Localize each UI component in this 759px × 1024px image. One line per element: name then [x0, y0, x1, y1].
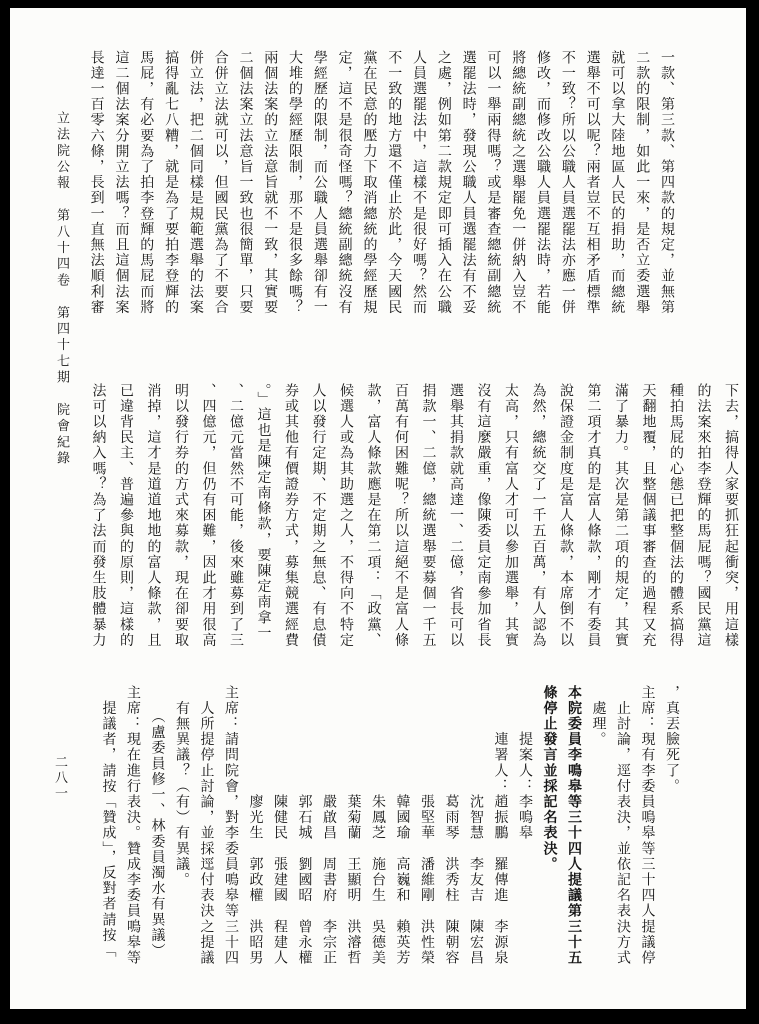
text-column: 併立法，把二個同樣是規範選舉的法案: [183, 50, 208, 336]
text-column: 黨在民意的壓力下取消總統的學經歷規: [357, 50, 382, 336]
text-column: 朱鳳芝 施台生 吳德美: [366, 685, 391, 985]
text-column: 止討論，逕付表決，並依記名表決方式: [611, 685, 636, 985]
text-column: 主席：現在進行表決。贊成李委員鳴皋等: [121, 685, 146, 985]
text-column: 第二項才真的是富人條款，剛才有委員: [579, 383, 607, 669]
text-block-middle: 下去，搞得人家要抓狂起衝突，用這樣的法案來拍李登輝的馬屁嗎？國民黨這種拍馬屁的心…: [84, 383, 744, 669]
text-column: 天翻地覆，且整個議事審查的過程又充: [634, 383, 662, 669]
text-column: 有無異議？（有）有異議。: [170, 685, 195, 985]
text-column: 陳健民 張建國 程建人: [268, 685, 293, 985]
text-column: 定，這不是很奇怪嗎？總統副總統沒有: [332, 50, 357, 336]
text-column: 法可以納入嗎？為了法而發生肢體暴力: [84, 383, 112, 669]
text-column: 、四億元，但仍有困難，因此才用很高: [194, 383, 222, 669]
text-column: 百萬有何困難呢？所以這絕不是富人條: [387, 383, 415, 669]
text-column: 太高，只有富人才可以參加選舉，其實: [497, 383, 525, 669]
text-column: 選舉其捐款就高達一、二億，省長可以: [442, 383, 470, 669]
text-column: 連署人：趙振鵬 羅傳進 李源泉: [488, 685, 513, 985]
text-column: 長達一百零六條，長到一直無法順利審: [84, 50, 109, 336]
text-column: 、二億元當然不可能，後來雖募到了三: [222, 383, 250, 669]
text-column: 候選人或為其助選之人，不得向不特定: [332, 383, 360, 669]
text-column: 搞得亂七八糟，就是為了要拍李登輝的: [158, 50, 183, 336]
text-column: 人所提停止討論，並採逕付表決之提議: [194, 685, 219, 985]
text-column: 嚴啟昌 周書府 李宗正: [317, 685, 342, 985]
text-column: 選罷法時，發現公職人員選罷法有不妥: [456, 50, 481, 336]
text-column: 學經歷的限制，而公職人員選舉卻有一: [307, 50, 332, 336]
text-column: 已違背民主、普遍參與的原則，這樣的: [112, 383, 140, 669]
text-column: （盧委員修一、林委員濁水有異議）: [145, 685, 170, 985]
scanned-gazette-page: 立法院公報 第八十四卷 第四十七期 院會紀錄 二八一 一款、第三款、第四款的規定…: [0, 0, 759, 1024]
page-number: 二八一: [50, 755, 69, 825]
text-column: 二個法案立法意旨一致也很簡單，只要: [233, 50, 258, 336]
text-column: 的法案來拍李登輝的馬屁嗎？國民黨這: [689, 383, 717, 669]
text-column: 種拍馬屁的心態已把整個法的體系搞得: [662, 383, 690, 669]
text-column: 人以發行定期、不定期之無息、有息債: [304, 383, 332, 669]
text-column: 合併立法就可以，但國民黨為了不要合: [208, 50, 233, 336]
text-column: ，真丟臉死了。: [660, 685, 685, 985]
text-column: 二款的限制，如此一來，是否立委選舉: [629, 50, 654, 336]
text-column: 下去，搞得人家要抓狂起衝突，用這樣: [717, 383, 745, 669]
text-column: 不一致？所以公職人員選罷法亦應一併: [555, 50, 580, 336]
text-column: 主席：現有李委員鳴皋等三十四人提議停: [635, 685, 660, 985]
text-column: 將總統副總統之選舉罷免一併納入豈不: [505, 50, 530, 336]
text-column: 為然，總統交了一千五百萬，有人認為: [524, 383, 552, 669]
text-column: 本院委員李鳴皋等三十四人提議第三十五: [562, 685, 587, 985]
text-column: 沒有這麼嚴重，像陳委員定南參加省長: [469, 383, 497, 669]
text-column: 捐款一、二億，總統選舉要募個一千五: [414, 383, 442, 669]
text-column: 一款、第三款、第四款的規定，並無第: [654, 50, 679, 336]
text-column: 主席：請問院會，對李委員鳴皋等三十四: [219, 685, 244, 985]
text-column: 說保證金制度是富人條款，本席倒不以: [552, 383, 580, 669]
text-column: 大堆的學經歷限制，那不是很多餘嗎？: [282, 50, 307, 336]
text-column: 就可以拿大陸地區人民的捐助，而總統: [605, 50, 630, 336]
text-block-bottom: ，真丟臉死了。主席：現有李委員鳴皋等三十四人提議停 止討論，逕付表決，並依記名表…: [94, 685, 684, 985]
text-column: 提案人：李鳴皋: [513, 685, 538, 985]
text-column: 可以一舉兩得嗎？或是審查總統副總統: [481, 50, 506, 336]
text-column: 馬屁，有必要為了拍李登輝的馬屁而將: [133, 50, 158, 336]
text-column: 郭石城 劉國昭 曾永權: [292, 685, 317, 985]
text-column: 張堅華 潘維剛 洪性榮: [415, 685, 440, 985]
text-column: 這二個法案分開立法嗎？而且這個法案: [109, 50, 134, 336]
text-column: 廖光生 郭政權 洪昭男: [243, 685, 268, 985]
text-column: 兩個法案的立法意旨就不一致，其實要: [257, 50, 282, 336]
text-column: 提議者，請按「贊成」，反對者請按「: [96, 685, 121, 985]
page-surface: 立法院公報 第八十四卷 第四十七期 院會紀錄 二八一 一款、第三款、第四款的規定…: [10, 8, 746, 1009]
text-column: 消掉，這才是道道地地的富人條款，且: [139, 383, 167, 669]
text-column: 之處，例如第二款規定即可插入在公職: [431, 50, 456, 336]
text-column: 修改，而修改公職人員選罷法時，若能: [530, 50, 555, 336]
text-column: 人員選罷法中，這樣不是很好嗎？然而: [406, 50, 431, 336]
text-column: 券或其他有價證券方式，募集競選經費: [277, 383, 305, 669]
text-column: 韓國瑜 高巍和 賴英芳: [390, 685, 415, 985]
text-column: 不一致的地方還不僅止於此，今天國民: [381, 50, 406, 336]
text-column: 處理。: [586, 685, 611, 985]
text-column: 明以發行券的方式來募款，現在卻要取: [167, 383, 195, 669]
text-column: 沈智慧 李友吉 陳宏昌: [464, 685, 489, 985]
text-column: 款，富人條款應是在第二項：「政黨、: [359, 383, 387, 669]
text-column: 選舉不可以呢？兩者豈不互相矛盾標準: [580, 50, 605, 336]
text-column: 條停止發言並採記名表決。: [537, 685, 562, 985]
gazette-spine-header: 立法院公報 第八十四卷 第四十七期 院會紀錄: [52, 111, 71, 491]
text-column: 葉菊蘭 王顯明 洪濬哲: [341, 685, 366, 985]
text-column: 葛雨琴 洪秀柱 陳朝容: [439, 685, 464, 985]
text-block-top: 一款、第三款、第四款的規定，並無第二款的限制，如此一來，是否立委選舉就可以拿大陸…: [84, 50, 679, 336]
text-column: 滿了暴力。其次是第二項的規定，其實: [607, 383, 635, 669]
text-column: 。」這也是陳定南條款，要陳定南拿一: [249, 383, 277, 669]
